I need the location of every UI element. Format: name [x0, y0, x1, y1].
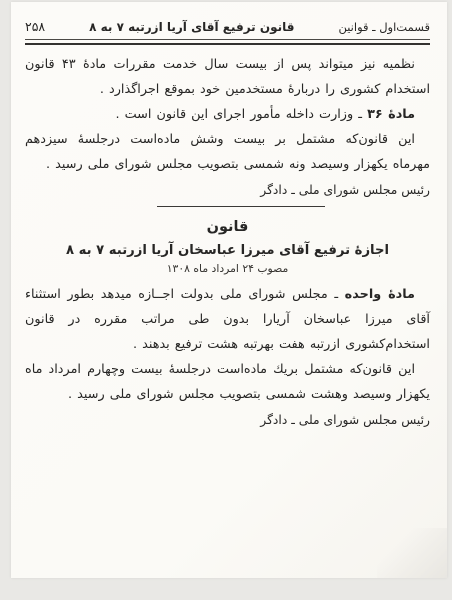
section-divider	[157, 206, 325, 207]
law2-signature: رئیس مجلس شورای ملی ـ دادگر	[25, 409, 430, 431]
law1-article-body: ـ وزارت داخله مأمور اجرای این قانون است …	[115, 107, 367, 122]
law1-closing-paragraph: نظمیه نیز میتواند پس از بیست سال خدمت مق…	[25, 52, 430, 102]
page-content: قسمت‌اول ـ قوانین قانون ترفیع آقای آریا …	[25, 2, 430, 431]
scan-corner-shadow	[377, 528, 447, 578]
law1-section: نظمیه نیز میتواند پس از بیست سال خدمت مق…	[25, 52, 430, 201]
law1-signature: رئیس مجلس شورای ملی ـ دادگر	[25, 179, 430, 201]
law2-title: قانون	[25, 216, 430, 238]
scanned-gazette-screenshot: { "header": { "section_label": "قسمت‌اول…	[0, 0, 452, 600]
law2-ratification-paragraph: این قانون‌که مشتمل بریك ماده‌است درجلسهٔ…	[25, 357, 430, 407]
page-number: ۲۵۸	[25, 19, 45, 35]
document-page: قسمت‌اول ـ قوانین قانون ترفیع آقای آریا …	[11, 2, 447, 578]
law1-article-label: مادهٔ ۳۶	[367, 107, 415, 122]
law2-section: قانون اجازهٔ ترفیع آقای میرزا عباسخان آر…	[25, 216, 430, 431]
law1-article-36: مادهٔ ۳۶ ـ وزارت داخله مأمور اجرای این ق…	[25, 102, 430, 127]
header-section-label: قسمت‌اول ـ قوانین	[338, 19, 430, 35]
header-double-rule	[25, 39, 430, 45]
page-header: قسمت‌اول ـ قوانین قانون ترفیع آقای آریا …	[25, 2, 430, 35]
law2-single-article: مادهٔ واحده ـ مجلس شورای ملی بدولت اجــا…	[25, 282, 430, 357]
law2-article-label: مادهٔ واحده	[345, 287, 415, 302]
law1-ratification-paragraph: این قانون‌که مشتمل بر بیست وشش ماده‌است …	[25, 127, 430, 177]
header-running-title: قانون ترفیع آقای آریا ازرتبه ۷ به ۸	[45, 19, 338, 35]
law2-subtitle: اجازهٔ ترفیع آقای میرزا عباسخان آریا ازر…	[25, 241, 430, 261]
law2-approval-date: مصوب ۲۴ امرداد ماه ۱۳۰۸	[25, 261, 430, 276]
